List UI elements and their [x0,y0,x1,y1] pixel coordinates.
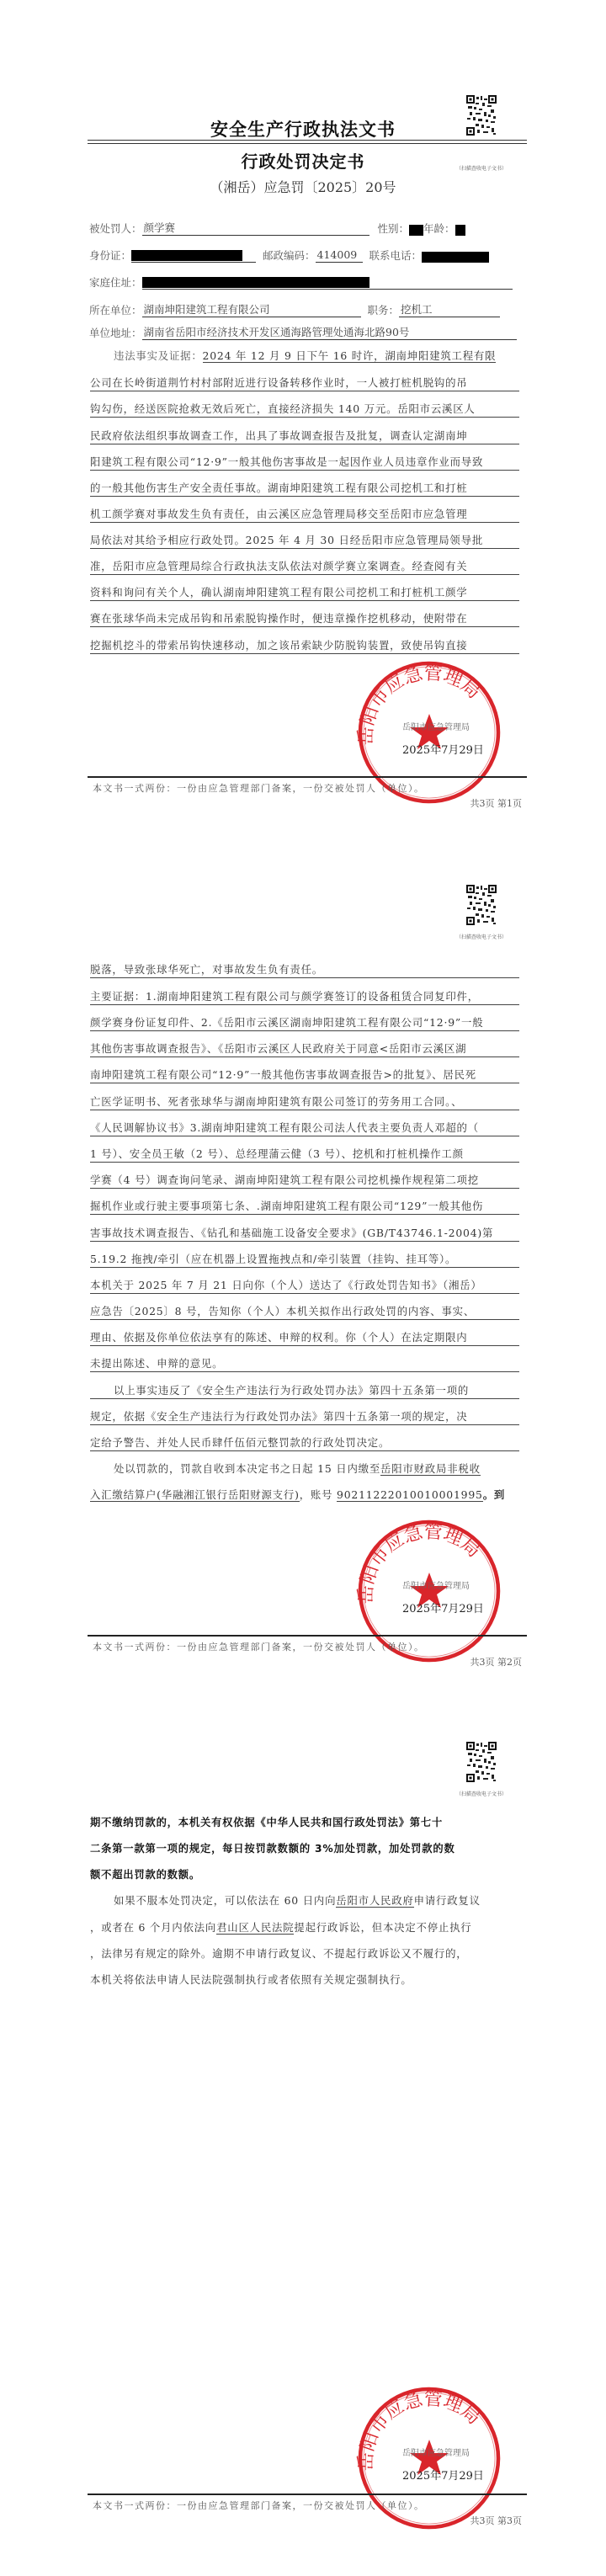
lawsuit-court: 君山区人民法院 [216,1921,294,1935]
payment-line-2: 入汇缴结算户(华融湘江银行岳阳财源支行)，账号 9021122201001000… [90,1487,519,1504]
review-body: 岳阳市人民政府 [336,1894,413,1908]
review-tail: 申请行政复议 [414,1894,481,1907]
document-header-title: 安全生产行政执法文书 [0,116,606,141]
payment-line-1: 处以罚款的，罚款自收到本决定书之日起 15 日内缴至岳阳市财政局非税收 [90,1461,519,1477]
id-redacted [131,250,242,261]
postal-value: 414009 [316,247,363,263]
employer-address-label: 单位地址： [89,325,142,340]
address-value [142,274,513,290]
footer-rule [88,1635,527,1637]
header-double-rule [88,140,527,144]
facts-line: 公司在长岭街道荆竹村村部附近进行设备转移作业时，一人被打桩机脱钩的吊 [90,375,519,391]
employer-label: 所在单位： [89,302,142,317]
decision-line: 以上事实违反了《安全生产违法行为行政处罚办法》第四十五条第一项的 [90,1382,519,1399]
phone-redacted [422,252,489,263]
document-sub-title: 行政处罚决定书 [0,148,606,173]
facts-line: 挖掘机挖斗的带索吊钩快速移动，加之该吊索缺少防脱钩装置，致使吊钩直接 [90,637,519,654]
page-number: 共3页 第1页 [454,796,522,810]
field-row-party: 被处罚人： 颜学赛 性别： 年龄： [89,217,518,236]
footer-rule [88,776,527,778]
id-value [131,247,256,263]
evidence-line: 颜学赛身份证复印件、2.《岳阳市云溪区湖南坤阳建筑工程有限公司“12·9”一般 [90,1014,519,1031]
phone-label: 联系电话： [369,247,423,263]
enforcement-line: 本机关将依法申请人民法院强制执行或者依照有关规定强制执行。 [90,1972,519,1988]
facts-label: 违法事实及证据： [90,349,203,362]
evidence-line: 害事故技术调查报告、《钻孔和基础施工设备安全要求》(GB/T43746.1-20… [90,1225,519,1242]
facts-line: 的一般其他伤害生产安全责任事故。湖南坤阳建筑工程有限公司挖机工和打桩 [90,480,519,497]
case-number: （湘岳）应急罚〔2025〕20号 [0,177,606,196]
lawsuit-line: ，或者在 6 个月内依法向君山区人民法院提起行政诉讼，但本决定不停止执行 [90,1919,519,1936]
evidence-line: 亡医学证明书、死者张球华与湖南坤阳建筑有限公司签订的劳务用工合同。、 [90,1094,519,1110]
evidence-line: 其他伤害事故调查报告》、《岳阳市云溪区人民政府关于同意<岳阳市云溪区湖 [90,1041,519,1057]
evidence-line: 《人民调解协议书》3.湖南坤阳建筑工程有限公司法人代表主要负责人邓超的（ [90,1120,519,1136]
notice-line: 未提出陈述、申辩的意见。 [90,1355,519,1372]
notice-line: 应急告〔2025〕8 号，告知你（个人）本机关拟作出行政处罚的内容、事实、 [90,1303,519,1320]
field-row-employer-address: 单位地址： 湖南省岳阳市经济技术开发区通海路管理处通海北路90号 [89,322,518,340]
qr-code-icon[interactable] [465,884,497,926]
payment-account-name: 岳阳市财政局非税收 [380,1462,481,1476]
notice-line: 本机关于 2025 年 7 月 21 日向你（个人）送达了《行政处罚告知书》（湘… [90,1277,519,1294]
address-redacted [142,277,369,288]
payment-intro: 处以罚款的，罚款自收到本决定书之日起 15 日内缴至 [114,1462,380,1475]
facts-line: 准，岳阳市应急管理局综合行政执法支队依法对颜学赛立案调查。经查阅有关 [90,558,519,575]
stamp-inner-label: 岳阳市应急管理局 [402,720,470,732]
payment-account-name-cont: 入汇缴结算户(华融湘江银行岳阳财源支行) [90,1488,300,1502]
stamp-date: 2025年7月29日 [402,1599,484,1615]
bold-line: 期不缴纳罚款的，本机关有权依据《中华人民共和国行政处罚法》第七十 [90,1814,519,1831]
evidence-line: 5.19.2 拖拽/牵引（应在机器上设置拖拽点和/牵引装置（挂钩、挂耳等）。 [90,1251,519,1268]
field-row-id: 身份证： 邮政编码： 414009 联系电话： [89,244,518,263]
party-label: 被处罚人： [89,221,142,236]
qr-code-icon[interactable] [465,1741,497,1783]
bold-line: 额不超出罚款的数额。 [90,1866,519,1883]
postal-label: 邮政编码： [263,247,316,263]
decision-line: 规定，依据《安全生产违法行为行政处罚办法》第四十五条第一项的规定，决 [90,1408,519,1425]
employer-value: 湖南坤阳建筑工程有限公司 [142,302,361,317]
gender-redacted [409,225,423,236]
gender-label: 性别： [378,221,410,236]
evidence-line: 学赛（4 号）调查询问笔录、湖南坤阳建筑工程有限公司挖机操作规程第二项挖 [90,1172,519,1189]
notice-line: 理由、依据及你单位依法享有的陈述、申辩的权利。你（个人）在法定期限内 [90,1329,519,1346]
party-value: 颜学赛 [142,221,369,236]
address-label: 家庭住址： [89,274,142,290]
evidence-line: 主要证据：1.湖南坤阳建筑工程有限公司与颜学赛签订的设备租赁合同复印件， [90,988,519,1005]
account-tail: 。到 [483,1488,505,1501]
stamp-inner-label: 岳阳市应急管理局 [402,2446,470,2458]
review-line: 如果不服本处罚决定，可以依法在 60 日内向岳阳市人民政府申请行政复议 [90,1892,519,1909]
bold-line: 二条第一款第一项的规定，每日按罚款数额的 3%加处罚款，加处罚款的数 [90,1840,519,1857]
qr-caption: （扫描查收电子文书） [448,933,515,940]
lawsuit-tail: 提起行政诉讼，但本决定不停止执行 [294,1921,471,1934]
decision-line: 定给予警告、并处人民币肆仟伍佰元整罚款的行政处罚决定。 [90,1434,519,1451]
stamp-date: 2025年7月29日 [402,741,484,757]
lawsuit-intro: ，或者在 6 个月内依法向 [90,1921,216,1934]
footer-rule [88,2494,527,2495]
stamp-inner-label: 岳阳市应急管理局 [402,1578,470,1591]
age-label: 年龄： [423,221,455,236]
facts-line: 局依法对其给予相应行政处罚。2025 年 4 月 30 日经岳阳市应急管理局领导… [90,532,519,549]
page-number: 共3页 第3页 [454,2514,522,2527]
qr-caption: （扫描查收电子文书） [448,1790,515,1797]
enforcement-line: ，法律另有规定的除外。逾期不申请行政复议、不提起行政诉讼又不履行的， [90,1945,519,1962]
evidence-line: 掘机作业或行驶主要事项第七条、.湖南坤阳建筑工程有限公司“129”一般其他伤 [90,1198,519,1215]
field-row-employer: 所在单位： 湖南坤阳建筑工程有限公司 职务： 挖机工 [89,299,518,317]
stamp-date: 2025年7月29日 [402,2467,484,2483]
facts-line: 阳建筑工程有限公司“12·9”一般其他伤害事故是一起因作业人员违章作业而导致 [90,454,519,471]
account-label: ，账号 [300,1488,337,1501]
body-line: 脱落，导致张球华死亡，对事故发生负有责任。 [90,961,519,978]
id-label: 身份证： [89,247,131,263]
page-number: 共3页 第2页 [454,1655,522,1669]
facts-line-0: 违法事实及证据：2024 年 12 月 9 日下午 16 时许，湖南坤阳建筑工程… [90,348,519,365]
facts-line: 资料和询问有关个人，确认湖南坤阳建筑工程有限公司挖机工和打桩机工颜学 [90,584,519,601]
review-intro: 如果不服本处罚决定，可以依法在 60 日内向 [114,1894,336,1907]
position-label: 职务： [368,302,400,317]
evidence-line: 南坤阳建筑工程有限公司“12·9”一般其他伤害事故调查报告>的批复》、居民死 [90,1067,519,1083]
footer-note: 本文书一式两份：一份由应急管理部门备案，一份交被处罚人（单位）。 [93,781,425,795]
field-row-address: 家庭住址： [89,271,518,290]
footer-note: 本文书一式两份：一份由应急管理部门备案，一份交被处罚人（单位）。 [93,1640,425,1653]
facts-line: 赛在张球华尚未完成吊钩和吊索脱钩操作时，便违章操作挖机移动，使附带在 [90,610,519,627]
facts-line: 民政府依法组织事故调查工作，出具了事故调查报告及批复，调查认定湖南坤 [90,428,519,444]
facts-line: 机工颜学赛对事故发生负有责任，由云溪区应急管理局移交至岳阳市应急管理 [90,506,519,523]
account-number: 90211222010010001995 [337,1488,483,1502]
age-redacted [455,225,465,236]
facts-line: 钩勾伤，经送医院抢救无效后死亡，直接经济损失 140 万元。岳阳市云溪区人 [90,401,519,418]
footer-note: 本文书一式两份：一份由应急管理部门备案，一份交被处罚人（单位）。 [93,2499,425,2512]
position-value: 挖机工 [399,302,500,317]
employer-address-value: 湖南省岳阳市经济技术开发区通海路管理处通海北路90号 [142,325,517,340]
evidence-line: 1 号）、安全员王敏（2 号）、总经理蒲云健（3 号）、挖机和打桩机操作工颜 [90,1146,519,1163]
